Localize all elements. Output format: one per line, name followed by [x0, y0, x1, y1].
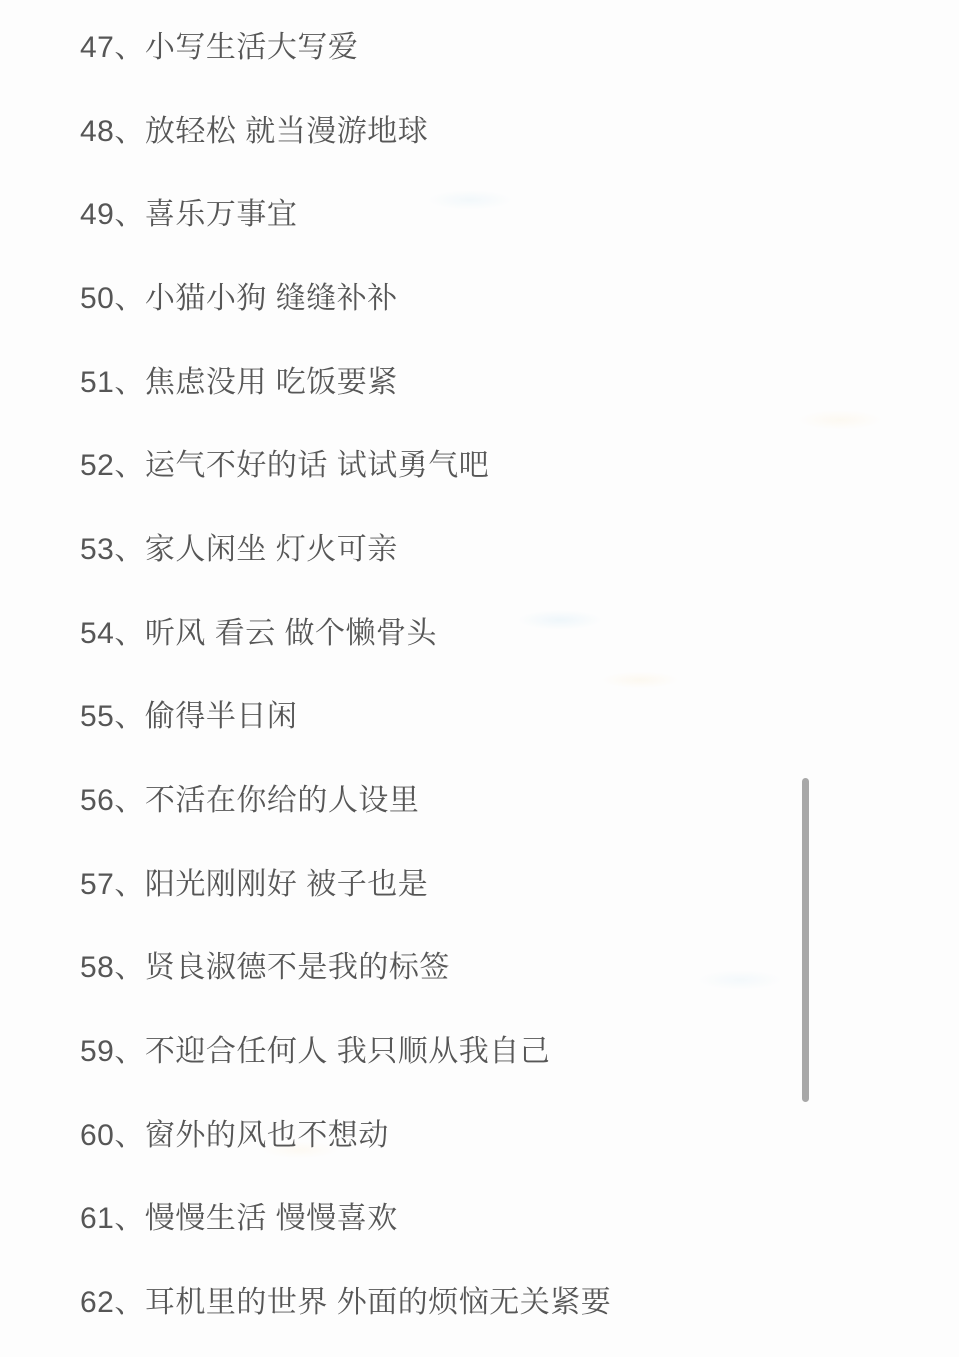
item-text: 小猫小狗 缝缝补补: [145, 273, 398, 317]
item-number: 62、: [80, 1277, 145, 1321]
item-text: 耳机里的世界 外面的烦恼无关紧要: [145, 1277, 611, 1321]
item-number: 48、: [80, 106, 145, 150]
list-item: 48、放轻松 就当漫游地球: [80, 86, 839, 170]
list-item: 62、耳机里的世界 外面的烦恼无关紧要: [80, 1257, 839, 1341]
item-text: 不迎合任何人 我只顺从我自己: [145, 1026, 550, 1070]
item-text: 焦虑没用 吃饭要紧: [145, 357, 398, 401]
list-item: 52、运气不好的话 试试勇气吧: [80, 420, 839, 504]
item-text: 小写生活大写爱: [145, 22, 359, 66]
item-text: 慢慢生活 慢慢喜欢: [145, 1193, 398, 1237]
item-number: 52、: [80, 440, 145, 484]
list-item: 49、喜乐万事宜: [80, 169, 839, 253]
item-number: 54、: [80, 608, 145, 652]
item-text: 喜乐万事宜: [145, 189, 298, 233]
list-item: 61、慢慢生活 慢慢喜欢: [80, 1174, 839, 1258]
item-text: 听风 看云 做个懒骨头: [145, 608, 437, 652]
item-number: 61、: [80, 1193, 145, 1237]
list-item: 53、家人闲坐 灯火可亲: [80, 504, 839, 588]
item-number: 50、: [80, 273, 145, 317]
item-text: 阳光刚刚好 被子也是: [145, 859, 428, 903]
item-number: 55、: [80, 691, 145, 735]
item-number: 56、: [80, 775, 145, 819]
scrollbar-thumb[interactable]: [802, 778, 809, 1102]
item-text: 贤良淑德不是我的标签: [145, 942, 450, 986]
list-item: 47、小写生活大写爱: [80, 2, 839, 86]
item-text: 家人闲坐 灯火可亲: [145, 524, 398, 568]
list-item: 50、小猫小狗 缝缝补补: [80, 253, 839, 337]
item-text: 不活在你给的人设里: [145, 775, 420, 819]
list-item: 58、贤良淑德不是我的标签: [80, 923, 839, 1007]
list-item: 57、阳光刚刚好 被子也是: [80, 839, 839, 923]
list-item: 60、窗外的风也不想动: [80, 1090, 839, 1174]
item-number: 57、: [80, 859, 145, 903]
item-number: 49、: [80, 189, 145, 233]
quotes-page: 47、小写生活大写爱48、放轻松 就当漫游地球49、喜乐万事宜50、小猫小狗 缝…: [0, 0, 959, 1357]
list-item: 59、不迎合任何人 我只顺从我自己: [80, 1006, 839, 1090]
item-number: 58、: [80, 942, 145, 986]
list-item: 55、偷得半日闲: [80, 672, 839, 756]
list-item: 51、焦虑没用 吃饭要紧: [80, 337, 839, 421]
item-number: 53、: [80, 524, 145, 568]
item-text: 放轻松 就当漫游地球: [145, 106, 428, 150]
item-text: 窗外的风也不想动: [145, 1110, 389, 1154]
list-item: 54、听风 看云 做个懒骨头: [80, 588, 839, 672]
item-text: 偷得半日闲: [145, 691, 298, 735]
item-number: 51、: [80, 357, 145, 401]
item-number: 60、: [80, 1110, 145, 1154]
list-item: 56、不活在你给的人设里: [80, 755, 839, 839]
item-number: 47、: [80, 22, 145, 66]
item-number: 59、: [80, 1026, 145, 1070]
quote-list: 47、小写生活大写爱48、放轻松 就当漫游地球49、喜乐万事宜50、小猫小狗 缝…: [80, 2, 839, 1341]
item-text: 运气不好的话 试试勇气吧: [145, 440, 489, 484]
